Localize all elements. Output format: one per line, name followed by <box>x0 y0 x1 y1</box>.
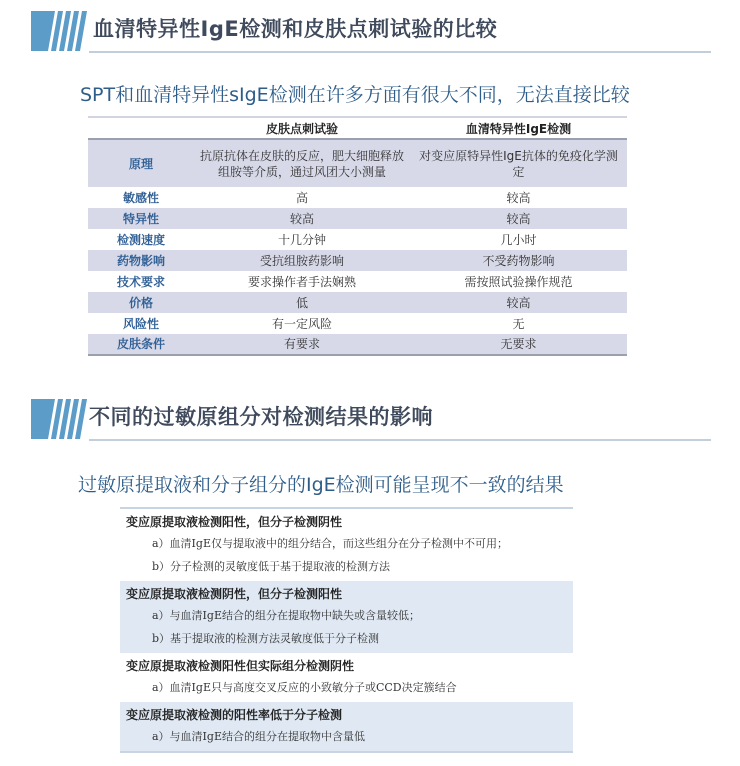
cell-spt: 受抗组胺药影响 <box>194 250 410 271</box>
table-row: 价格 低 较高 <box>88 292 627 313</box>
cell-spt: 抗原抗体在皮肤的反应，肥大细胞释放组胺等介质，通过风团大小测量 <box>194 139 410 187</box>
factor-item: a）血清IgE只与高度交叉反应的小致敏分子或CCD决定簇结合 <box>120 676 573 699</box>
table-row: 敏感性 高 较高 <box>88 187 627 208</box>
column-header-sige: 血清特异性IgE检测 <box>410 117 627 139</box>
cell-spt: 较高 <box>194 208 410 229</box>
table-row: 特异性 较高 较高 <box>88 208 627 229</box>
table-header-row: 皮肤点刺试验 血清特异性IgE检测 <box>88 117 627 139</box>
factor-group: 变应原提取液检测阳性，但分子检测阴性 a）血清IgE仅与提取液中的组分结合，而这… <box>120 509 573 581</box>
cell-sige: 无要求 <box>410 334 627 355</box>
factor-list: 变应原提取液检测阳性，但分子检测阴性 a）血清IgE仅与提取液中的组分结合，而这… <box>120 507 573 753</box>
row-label: 检测速度 <box>88 229 194 250</box>
cell-sige: 较高 <box>410 187 627 208</box>
table-row: 风险性 有一定风险 无 <box>88 313 627 334</box>
table-row: 皮肤条件 有要求 无要求 <box>88 334 627 355</box>
cell-spt: 十几分钟 <box>194 229 410 250</box>
cell-sige: 几小时 <box>410 229 627 250</box>
row-label: 敏感性 <box>88 187 194 208</box>
cell-spt: 高 <box>194 187 410 208</box>
section-title: 不同的过敏原组分对检测结果的影响 <box>89 401 433 431</box>
factor-item: a）血清IgE仅与提取液中的组分结合，而这些组分在分子检测中不可用； <box>120 532 573 555</box>
subtitle: 过敏原提取液和分子组分的IgE检测可能呈现不一致的结果 <box>78 470 564 497</box>
cell-sige: 不受药物影响 <box>410 250 627 271</box>
stripe-decoration-icon <box>31 11 91 51</box>
cell-spt: 要求操作者手法娴熟 <box>194 271 410 292</box>
cell-spt: 有要求 <box>194 334 410 355</box>
factor-item: b）分子检测的灵敏度低于基于提取液的检测方法 <box>120 555 573 578</box>
cell-sige: 需按照试验操作规范 <box>410 271 627 292</box>
factor-item: b）基于提取液的检测方法灵敏度低于分子检测 <box>120 627 573 650</box>
factor-group: 变应原提取液检测的阳性率低于分子检测 a）与血清IgE结合的组分在提取物中含量低 <box>120 702 573 751</box>
factor-item: a）与血清IgE结合的组分在提取物中含量低 <box>120 725 573 748</box>
stripe-decoration-icon <box>31 399 91 439</box>
row-label: 药物影响 <box>88 250 194 271</box>
cell-sige: 无 <box>410 313 627 334</box>
comparison-table: 皮肤点刺试验 血清特异性IgE检测 原理 抗原抗体在皮肤的反应，肥大细胞释放组胺… <box>88 116 627 356</box>
factor-heading: 变应原提取液检测的阳性率低于分子检测 <box>120 705 573 725</box>
row-label: 价格 <box>88 292 194 313</box>
subtitle: SPT和血清特异性sIgE检测在许多方面有很大不同，无法直接比较 <box>80 80 630 107</box>
column-header-spt: 皮肤点刺试验 <box>194 117 410 139</box>
table-row: 原理 抗原抗体在皮肤的反应，肥大细胞释放组胺等介质，通过风团大小测量 对变应原特… <box>88 139 627 187</box>
cell-sige: 较高 <box>410 208 627 229</box>
table-row: 技术要求 要求操作者手法娴熟 需按照试验操作规范 <box>88 271 627 292</box>
cell-sige: 较高 <box>410 292 627 313</box>
table-row: 药物影响 受抗组胺药影响 不受药物影响 <box>88 250 627 271</box>
row-label: 原理 <box>88 139 194 187</box>
factor-group: 变应原提取液检测阳性但实际组分检测阴性 a）血清IgE只与高度交叉反应的小致敏分… <box>120 653 573 702</box>
divider <box>120 751 573 753</box>
section-title: 血清特异性IgE检测和皮肤点刺试验的比较 <box>93 13 497 43</box>
section-header-comparison: 血清特异性IgE检测和皮肤点刺试验的比较 <box>31 11 711 51</box>
cell-spt: 有一定风险 <box>194 313 410 334</box>
row-label: 皮肤条件 <box>88 334 194 355</box>
section-header-allergen-components: 不同的过敏原组分对检测结果的影响 <box>31 399 711 439</box>
factor-heading: 变应原提取液检测阳性，但分子检测阴性 <box>120 512 573 532</box>
factor-heading: 变应原提取液检测阳性但实际组分检测阴性 <box>120 656 573 676</box>
row-label: 风险性 <box>88 313 194 334</box>
factor-item: a）与血清IgE结合的组分在提取物中缺失或含量较低； <box>120 604 573 627</box>
column-header <box>88 117 194 139</box>
row-label: 特异性 <box>88 208 194 229</box>
factor-group: 变应原提取液检测阴性，但分子检测阳性 a）与血清IgE结合的组分在提取物中缺失或… <box>120 581 573 653</box>
cell-sige: 对变应原特异性IgE抗体的免疫化学测定 <box>410 139 627 187</box>
factor-heading: 变应原提取液检测阴性，但分子检测阳性 <box>120 584 573 604</box>
divider <box>89 439 711 441</box>
cell-spt: 低 <box>194 292 410 313</box>
divider <box>89 51 711 53</box>
table-row: 检测速度 十几分钟 几小时 <box>88 229 627 250</box>
row-label: 技术要求 <box>88 271 194 292</box>
